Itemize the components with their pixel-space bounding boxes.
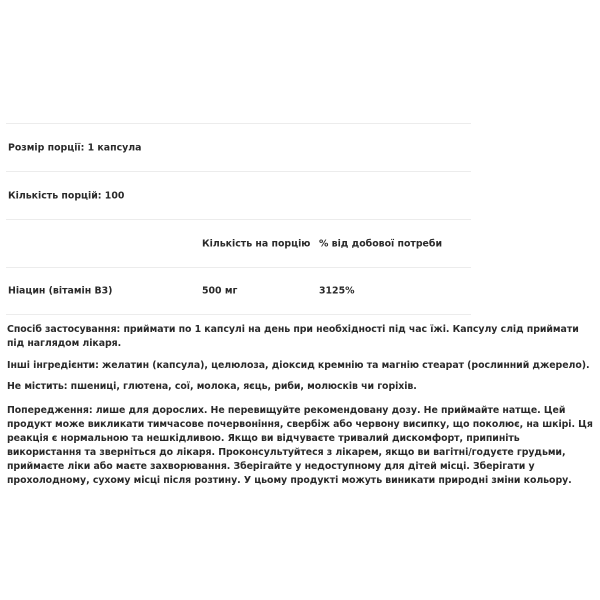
header-daily-value: % від добової потреби [319, 238, 442, 249]
table-row: Ніацин (вітамін B3) 500 мг 3125% [6, 267, 471, 315]
product-info-page: Розмір порції: 1 капсула Кількість порці… [0, 0, 600, 600]
allergen-free-statement: Не містить: пшениці, глютена, сої, молок… [7, 380, 597, 394]
nutrient-amount: 500 мг [202, 286, 237, 297]
serving-size-row: Розмір порції: 1 капсула [6, 123, 471, 171]
table-header-row: Кількість на порцію % від добової потреб… [6, 219, 471, 267]
servings-count-row: Кількість порцій: 100 [6, 171, 471, 219]
supplement-facts-table: Розмір порції: 1 капсула Кількість порці… [6, 123, 471, 315]
serving-size-text: Розмір порції: 1 капсула [8, 142, 141, 153]
nutrient-daily-value: 3125% [319, 286, 355, 297]
servings-count-text: Кількість порцій: 100 [8, 190, 124, 201]
header-amount-per-serving: Кількість на порцію [202, 238, 310, 249]
usage-directions: Спосіб застосування: приймати по 1 капсу… [7, 323, 597, 351]
other-ingredients: Інші інгредієнти: желатин (капсула), цел… [7, 359, 597, 373]
nutrient-name: Ніацин (вітамін B3) [8, 286, 112, 297]
warnings-text: Попередження: лише для дорослих. Не пере… [7, 404, 597, 488]
